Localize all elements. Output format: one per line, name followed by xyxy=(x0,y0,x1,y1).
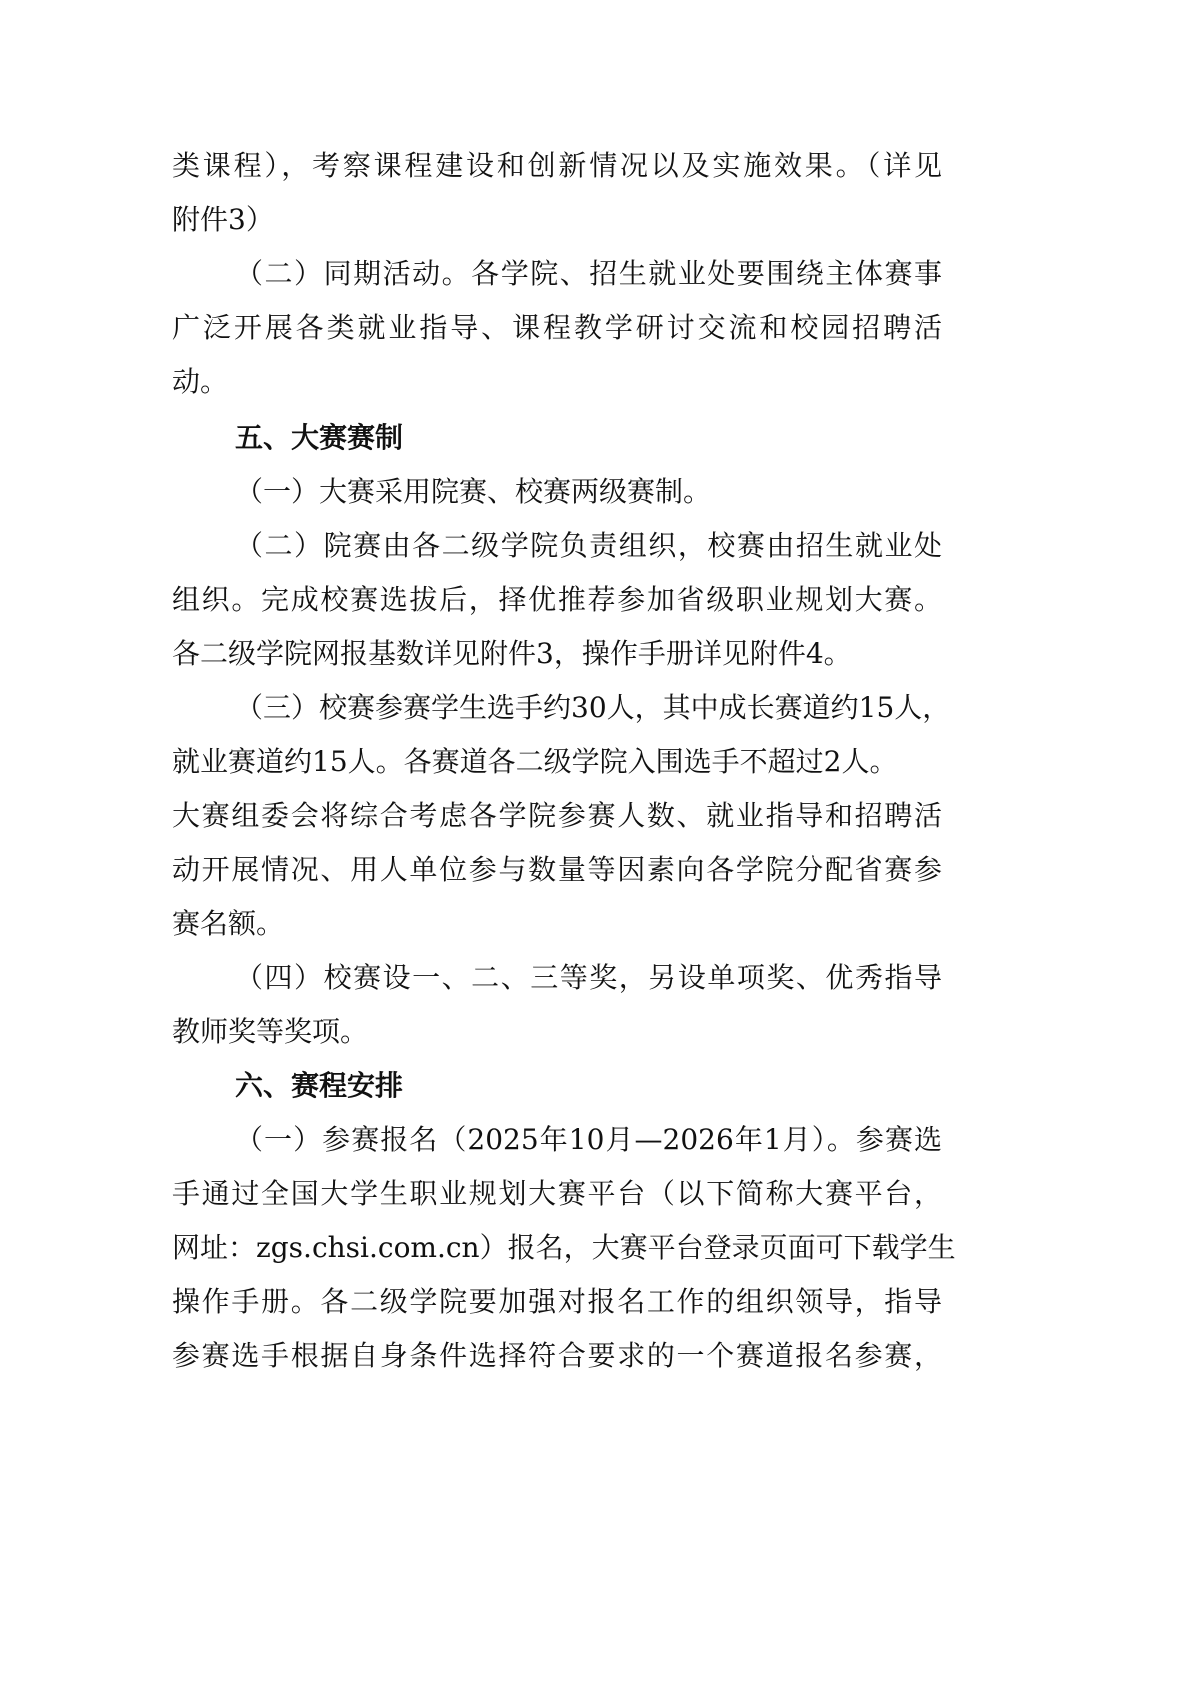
paragraph-line: 广泛开展各类就业指导、课程教学研讨交流和校园招聘活 xyxy=(172,308,942,348)
paragraph-line: 动开展情况、用人单位参与数量等因素向各学院分配省赛参 xyxy=(172,850,942,890)
section-heading-schedule: 六、赛程安排 xyxy=(235,1066,942,1106)
paragraph-line: （二）院赛由各二级学院负责组织，校赛由招生就业处 xyxy=(235,526,942,566)
paragraph-line: （一）参赛报名（2025年10月—2026年1月）。参赛选 xyxy=(235,1120,942,1160)
paragraph-line: 网址：zgs.chsi.com.cn）报名，大赛平台登录页面可下载学生 xyxy=(172,1228,942,1268)
paragraph-line: 手通过全国大学生职业规划大赛平台（以下简称大赛平台， xyxy=(172,1174,942,1214)
paragraph-line: 类课程），考察课程建设和创新情况以及实施效果。（详见 xyxy=(172,146,942,186)
paragraph-line: 赛名额。 xyxy=(172,904,942,944)
paragraph-line: 组织。完成校赛选拔后，择优推荐参加省级职业规划大赛。 xyxy=(172,580,942,620)
paragraph-line: 大赛组委会将综合考虑各学院参赛人数、就业指导和招聘活 xyxy=(172,796,942,836)
paragraph-line: （二）同期活动。各学院、招生就业处要围绕主体赛事 xyxy=(235,254,942,294)
paragraph-line: 附件3） xyxy=(172,200,942,240)
section-heading-competition-format: 五、大赛赛制 xyxy=(235,418,942,458)
paragraph-line: 操作手册。各二级学院要加强对报名工作的组织领导，指导 xyxy=(172,1282,942,1322)
paragraph-line: 参赛选手根据自身条件选择符合要求的一个赛道报名参赛， xyxy=(172,1336,942,1376)
paragraph-line: 动。 xyxy=(172,362,942,402)
paragraph-line: （四）校赛设一、二、三等奖，另设单项奖、优秀指导 xyxy=(235,958,942,998)
document-page: 类课程），考察课程建设和创新情况以及实施效果。（详见 附件3） （二）同期活动。… xyxy=(0,0,1191,1684)
paragraph-line: 教师奖等奖项。 xyxy=(172,1012,942,1052)
paragraph-line: （一）大赛采用院赛、校赛两级赛制。 xyxy=(235,472,942,512)
paragraph-line: 各二级学院网报基数详见附件3，操作手册详见附件4。 xyxy=(172,634,942,674)
paragraph-line: （三）校赛参赛学生选手约30人，其中成长赛道约15人， xyxy=(235,688,942,728)
paragraph-line: 就业赛道约15人。各赛道各二级学院入围选手不超过2人。 xyxy=(172,742,942,782)
